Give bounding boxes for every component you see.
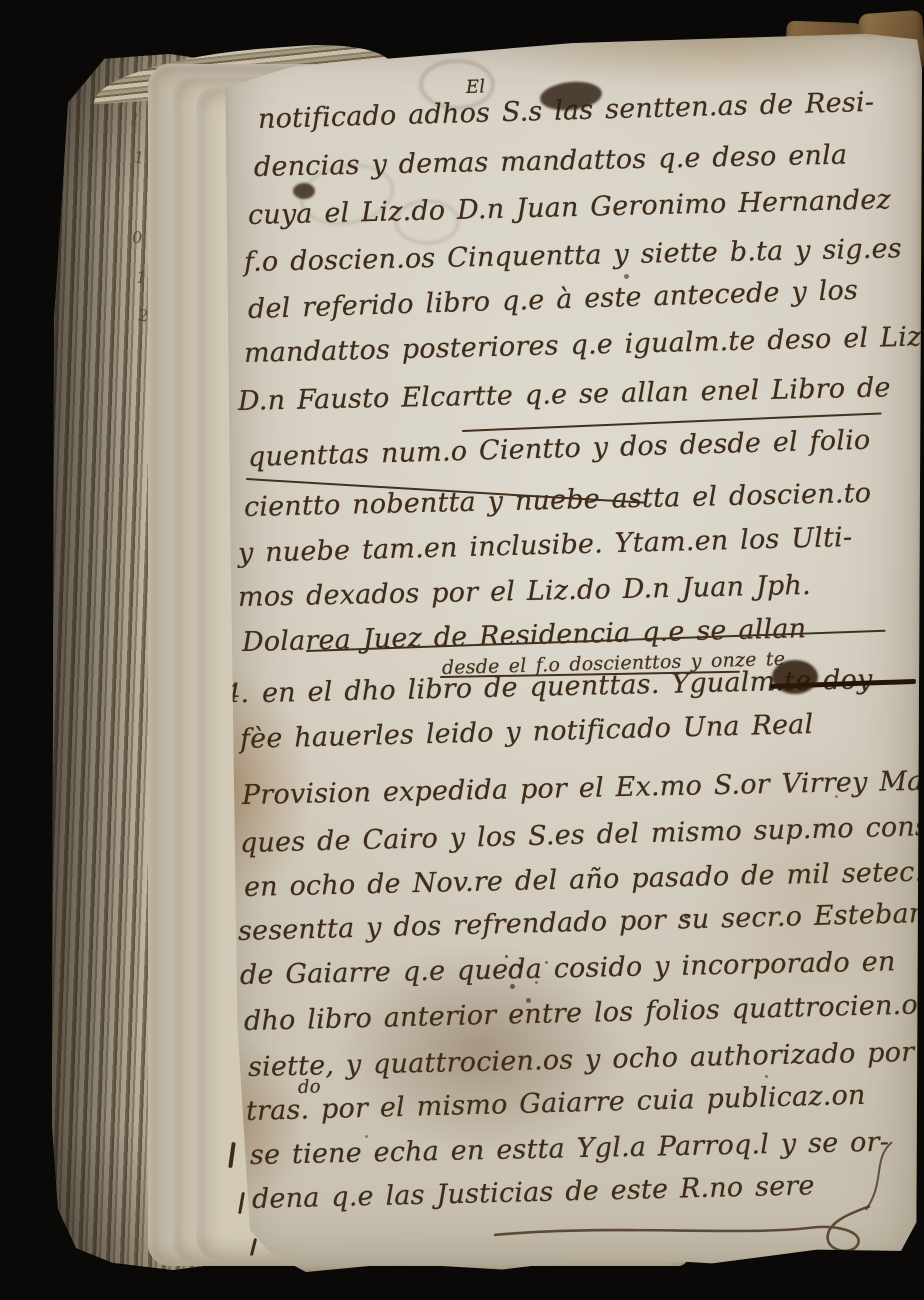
manuscript-line: en ocho de Nov.re del año pasado de mil … [244,856,924,903]
manuscript-line: f.o doscien.os Cinquentta y siette b.ta … [244,233,902,278]
manuscript-line: siette, y quattrocien.os y ocho authoriz… [248,1037,915,1083]
manuscript-line: tras. por el mismo Gaiarre cuia publicaz… [246,1080,866,1127]
speck-cluster [505,955,508,958]
manuscript-line: quenttas num.o Cientto y dos desde el fo… [248,425,871,473]
flourish-rule [488,1140,920,1270]
interlinear-superscript: El [466,77,486,98]
manuscript-line: de Gaiarre q.e queda cosido y incorporad… [240,946,896,991]
manuscript-line: Provision expedida por el Ex.mo S.or Vir… [242,765,924,811]
ink-blot [293,183,315,199]
manuscript-photograph: 1 1 0 1 2 notificado adhos S.s las sentt… [0,0,924,1300]
ink-blot [772,660,818,694]
manuscript-line: sesentta y dos refrendado por su secr.o … [238,898,924,947]
manuscript-line: ques de Cairo y los S.es del mismo sup.m… [240,810,924,859]
manuscript-line: D.n Fausto Elcartte q.e se allan enel Li… [238,372,891,417]
manuscript-line: del referido libro q.e à este antecede y… [248,275,859,325]
manuscript-page: notificado adhos S.s las sentten.as de R… [222,32,922,1272]
manuscript-line: mandattos posteriores q.e igualm.te deso… [244,320,924,369]
manuscript-line: dho libro anterior entre los folios quat… [244,989,924,1037]
manuscript-line: y nuebe tam.en inclusibe. Ytam.en los Ul… [238,522,853,569]
manuscript-line: dencias y demas mandattos q.e deso enla [254,140,848,183]
manuscript-line: mos dexados por el Liz.do D.n Juan Jph. [238,570,812,613]
manuscript-line: fèe hauerles leido y notificado Una Real [240,709,814,755]
